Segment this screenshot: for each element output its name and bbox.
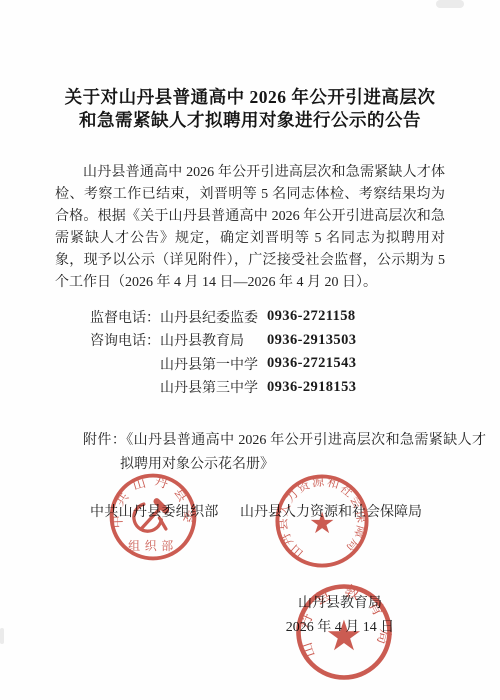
page-title: 关于对山丹县普通高中 2026 年公开引进高层次 和急需紧缺人才拟聘用对象进行公… bbox=[30, 86, 470, 131]
contact-row-no1-school: 山丹县第一中学 0936-2721543 bbox=[90, 352, 420, 376]
scan-artifact bbox=[0, 628, 4, 644]
star-icon: ★ bbox=[325, 614, 363, 660]
contact-org: 山丹县第三中学 bbox=[160, 377, 267, 397]
attachment-note: 附件：《山丹县普通高中 2026 年公开引进高层次和急需紧缺人才拟聘用对象公示花… bbox=[83, 429, 486, 476]
contact-label: 咨询电话： bbox=[90, 330, 160, 350]
hr-bureau-seal: 山丹县人力资源和社会保障局 ★ bbox=[273, 472, 371, 570]
contact-label: 监督电话： bbox=[90, 307, 160, 327]
contact-row-no3-school: 山丹县第三中学 0936-2918153 bbox=[90, 376, 420, 400]
contact-phone: 0936-2721158 bbox=[267, 308, 356, 325]
title-line-1: 关于对山丹县普通高中 2026 年公开引进高层次 bbox=[30, 86, 470, 109]
contact-phone: 0936-2918153 bbox=[267, 379, 356, 396]
contact-row-inquiry: 咨询电话： 山丹县教育局 0936-2913503 bbox=[90, 329, 420, 353]
seal-arc-text: 中共山丹县委 bbox=[109, 474, 195, 531]
hammer-sickle-icon bbox=[134, 501, 166, 531]
scanned-announcement-page: 关于对山丹县普通高中 2026 年公开引进高层次 和急需紧缺人才拟聘用对象进行公… bbox=[0, 0, 500, 700]
attachment-label: 附件： bbox=[83, 433, 126, 448]
contact-phone: 0936-2913503 bbox=[267, 332, 356, 349]
title-line-2: 和急需紧缺人才拟聘用对象进行公示的公告 bbox=[30, 109, 470, 132]
contact-phone: 0936-2721543 bbox=[267, 355, 356, 372]
contact-row-supervision: 监督电话： 山丹县纪委监委 0936-2721158 bbox=[90, 305, 420, 329]
seal-bottom-text: 组织部 bbox=[128, 539, 178, 553]
body-paragraph: 山丹县普通高中 2026 年公开引进高层次和急需紧缺人才体检、考察工作已结束，刘… bbox=[55, 162, 445, 294]
contact-org: 山丹县纪委监委 bbox=[160, 307, 267, 327]
education-bureau-seal: 山丹县教育局 ★ bbox=[294, 582, 394, 682]
scan-artifact bbox=[436, 0, 464, 8]
contact-org: 山丹县第一中学 bbox=[160, 354, 267, 374]
contact-org: 山丹县教育局 bbox=[160, 330, 267, 350]
attachment-title: 《山丹县普通高中 2026 年公开引进高层次和急需紧缺人才拟聘用对象公示花名册》 bbox=[120, 433, 486, 472]
party-committee-seal: 中共山丹县委 组织部 bbox=[107, 471, 199, 563]
star-icon: ★ bbox=[309, 508, 335, 540]
contact-list: 监督电话： 山丹县纪委监委 0936-2721158 咨询电话： 山丹县教育局 … bbox=[90, 305, 420, 399]
